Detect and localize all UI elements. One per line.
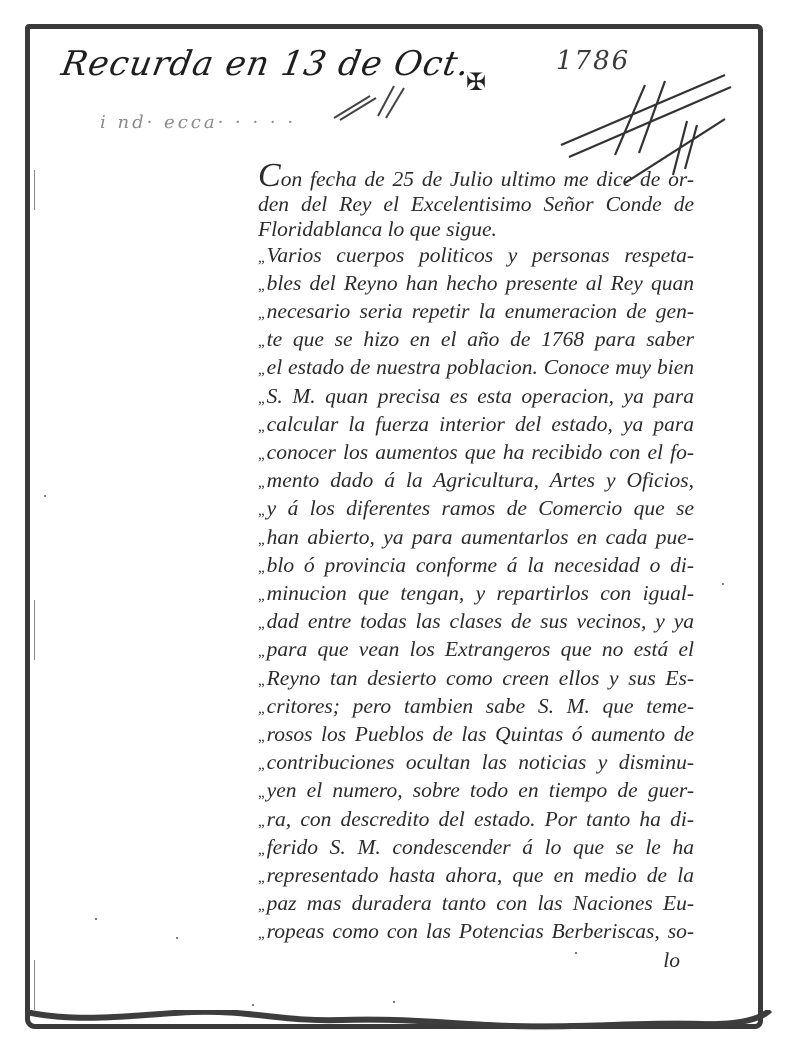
quote-mark: „ [258,870,264,886]
paper-speck [575,952,577,954]
quoted-line: „paz mas duradera tanto con las Naciones… [258,891,694,919]
quote-mark: „ [258,362,264,378]
quoted-line: „minucion que tengan, y repartirlos con … [258,581,694,609]
margin-mark [34,170,35,210]
margin-mark [34,960,35,1010]
quote-mark: „ [258,785,264,801]
quote-mark: „ [258,306,264,322]
paper-speck [44,495,46,497]
quote-mark: „ [258,814,264,830]
quote-mark: „ [258,447,264,463]
paper-speck [722,583,724,585]
quote-mark: „ [258,588,264,604]
catchword: lo [258,948,694,973]
torn-bottom-edge [22,1010,774,1040]
quoted-line: „han abierto, ya para aumentarlos en cad… [258,525,694,553]
quoted-line: „Reyno tan desierto como creen ellos y s… [258,666,694,694]
quote-mark: „ [258,560,264,576]
quoted-line: „te que se hizo en el año de 1768 para s… [258,327,694,355]
quote-mark: „ [258,616,264,632]
quoted-line: „el estado de nuestra poblacion. Conoce … [258,355,694,383]
cross-icon: ✠ [466,68,486,96]
quote-mark: „ [258,391,264,407]
quote-mark: „ [258,842,264,858]
paper-speck [176,937,178,939]
quoted-line: „para que vean los Extrangeros que no es… [258,637,694,665]
paper-speck [600,935,602,937]
quote-mark: „ [258,673,264,689]
quoted-line: „representado hasta ahora, que en medio … [258,863,694,891]
quoted-line: „bles del Reyno han hecho presente al Re… [258,271,694,299]
paper-speck [393,1001,395,1003]
paper-speck [252,1004,254,1006]
quote-mark: „ [258,503,264,519]
quote-mark: „ [258,898,264,914]
text-line: den del Rey el Excelentisimo Señor Conde… [258,192,694,217]
quote-mark: „ [258,757,264,773]
quote-mark: „ [258,250,264,266]
quote-mark: „ [258,475,264,491]
quote-mark: „ [258,701,264,717]
text-line: Floridablanca lo que sigue. [258,217,694,242]
quoted-line: „yen el numero, sobre todo en tiempo de … [258,778,694,806]
quote-mark: „ [258,334,264,350]
faded-handwriting: i nd· ecca· · · · · [100,112,296,133]
quote-mark: „ [258,532,264,548]
quoted-line: „necesario seria repetir la enumeracion … [258,299,694,327]
quote-mark: „ [258,419,264,435]
margin-mark [34,600,35,660]
quoted-line: „ferido S. M. condescender á lo que se l… [258,835,694,863]
quoted-line: „S. M. quan precisa es esta operacion, y… [258,384,694,412]
quote-mark: „ [258,926,264,942]
quoted-line: „conocer los aumentos que ha recibido co… [258,440,694,468]
quoted-line: „critores; pero tambien sabe S. M. que t… [258,694,694,722]
quoted-line: „contribuciones ocultan las noticias y d… [258,750,694,778]
paper-speck [95,918,97,920]
quote-mark: „ [258,278,264,294]
quoted-line: „ropeas como con las Potencias Berberisc… [258,919,694,947]
quote-mark: „ [258,729,264,745]
quoted-line: „y á los diferentes ramos de Comercio qu… [258,496,694,524]
quoted-line: „calcular la fuerza interior del estado,… [258,412,694,440]
quote-mark: „ [258,644,264,660]
quoted-line: „rosos los Pueblos de las Quintas ó aume… [258,722,694,750]
printed-body-text: Con fecha de 25 de Julio ultimo me dice … [258,163,694,973]
text-line: Con fecha de 25 de Julio ultimo me dice … [258,163,694,192]
handwritten-note: Recurda en 13 de Oct. [58,44,473,84]
quoted-line: „dad entre todas las clases de sus vecin… [258,609,694,637]
quoted-line: „mento dado á la Agricultura, Artes y Of… [258,468,694,496]
pen-strokes-mark [330,82,450,122]
quoted-line: „blo ó provincia conforme á la necesidad… [258,553,694,581]
drop-cap: C [258,157,281,194]
quoted-line: „ra, con descredito del estado. Por tant… [258,807,694,835]
quoted-line: „Varios cuerpos politicos y personas res… [258,243,694,271]
